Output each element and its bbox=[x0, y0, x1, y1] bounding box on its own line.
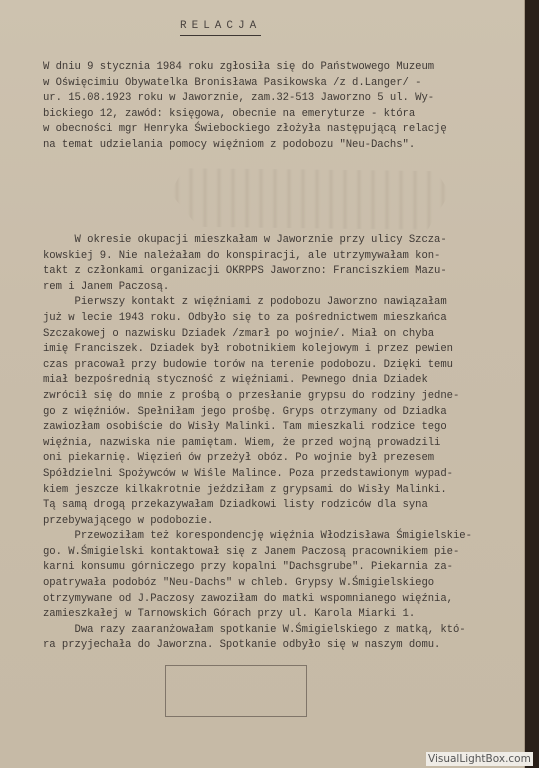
text-line: zawiozłam osobiście do Wisły Malinki. Ta… bbox=[43, 420, 513, 436]
scan-edge bbox=[524, 0, 539, 768]
text-line: kiem jeszcze kilkakrotnie jeździłam z gr… bbox=[43, 483, 513, 499]
text-line: go z więźniów. Spełniłam jego prośbę. Gr… bbox=[43, 405, 513, 421]
text-line: miał bezpośrednią styczność z więźniami.… bbox=[43, 373, 513, 389]
body-text: W okresie okupacji mieszkałam w Jaworzni… bbox=[43, 233, 513, 654]
text-line: kowskiej 9. Nie należałam do konspiracji… bbox=[43, 249, 513, 265]
text-line: przebywającego w podobozie. bbox=[43, 514, 513, 530]
text-line: go. W.Śmigielski kontaktował się z Janem… bbox=[43, 545, 513, 561]
text-line: W dniu 9 stycznia 1984 roku zgłosiła się… bbox=[43, 60, 513, 76]
text-line: oni piekarnię. Więzień ów przeżył obóz. … bbox=[43, 451, 513, 467]
document-title: RELACJA bbox=[180, 20, 261, 36]
text-line: ra przyjechała do Jaworzna. Spotkanie od… bbox=[43, 638, 513, 654]
text-line: Dwa razy zaaranżowałam spotkanie W.Śmigi… bbox=[43, 623, 513, 639]
watermark-link[interactable]: VisualLightBox.com bbox=[426, 752, 533, 766]
text-line: zwrócił się do mnie z prośbą o przesłani… bbox=[43, 389, 513, 405]
text-line: więźnia, nazwiska nie pamiętam. Wiem, że… bbox=[43, 436, 513, 452]
intro-paragraph: W dniu 9 stycznia 1984 roku zgłosiła się… bbox=[43, 60, 513, 154]
document-page: RELACJA W dniu 9 stycznia 1984 roku zgło… bbox=[0, 0, 524, 768]
text-line: bickiego 12, zawód: księgowa, obecnie na… bbox=[43, 107, 513, 123]
text-line: zamieszkałej w Tarnowskich Górach przy u… bbox=[43, 607, 513, 623]
text-line: Szczakowej o nazwisku Dziadek /zmarł po … bbox=[43, 327, 513, 343]
text-line: takt z członkami organizacji OKRPPS Jawo… bbox=[43, 264, 513, 280]
text-line: Pierwszy kontakt z więźniami z podobozu … bbox=[43, 295, 513, 311]
text-line: rem i Janem Paczosą. bbox=[43, 280, 513, 296]
text-line: Przewoziłam też korespondencję więźnia W… bbox=[43, 529, 513, 545]
text-line: Tą samą drogą przekazywałam Dziadkowi li… bbox=[43, 498, 513, 514]
text-line: Spółdzielni Spożywców w Wiśle Malince. P… bbox=[43, 467, 513, 483]
ink-bleed-through bbox=[170, 168, 450, 230]
text-line: w Oświęcimiu Obywatelka Bronisława Pasik… bbox=[43, 76, 513, 92]
text-line: karni konsumu górniczego przy kopalni "D… bbox=[43, 560, 513, 576]
text-line: już w lecie 1943 roku. Odbyło się to za … bbox=[43, 311, 513, 327]
text-line: na temat udzielania pomocy więźniom z po… bbox=[43, 138, 513, 154]
text-line: otrzymywane od J.Paczosy zawoziłam do ma… bbox=[43, 592, 513, 608]
text-line: W okresie okupacji mieszkałam w Jaworzni… bbox=[43, 233, 513, 249]
text-line: w obecności mgr Henryka Świebockiego zło… bbox=[43, 122, 513, 138]
text-line: ur. 15.08.1923 roku w Jaworznie, zam.32-… bbox=[43, 91, 513, 107]
text-line: opatrywała podobóz "Neu-Dachs" w chleb. … bbox=[43, 576, 513, 592]
text-line: czas pracował przy budowie torów na tere… bbox=[43, 358, 513, 374]
text-line: imię Franciszek. Dziadek był robotnikiem… bbox=[43, 342, 513, 358]
stamp-outline bbox=[165, 665, 307, 717]
